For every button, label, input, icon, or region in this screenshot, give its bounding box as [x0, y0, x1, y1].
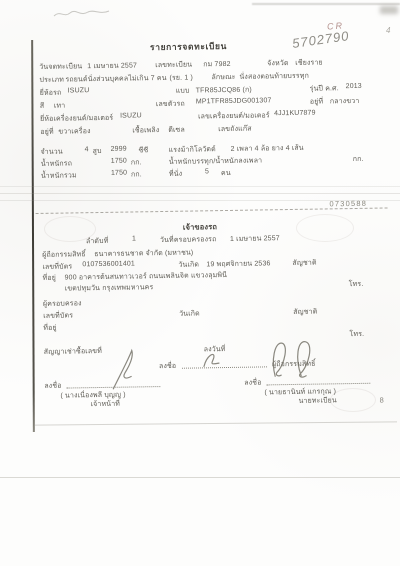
tel-label-2: โทร. — [349, 329, 364, 340]
holder-label: ผู้ถือกรรมสิทธิ์ — [42, 249, 86, 261]
load-unit: กก. — [353, 154, 364, 165]
model-label: แบบ — [176, 86, 190, 97]
address-label-2: ที่อยู่ — [43, 323, 57, 334]
birth-date-label-2: วันเกิด — [179, 308, 200, 319]
sign-label-holder: ลงชื่อ — [159, 361, 176, 372]
paper-fold-line — [0, 477, 400, 478]
engine-brand-label: ยี่ห้อเครื่องยนต์/มอเตอร์ — [40, 113, 113, 125]
style-value: นั่งสองตอนท้ายบรรทุก — [239, 71, 309, 83]
address-line2: เขตปทุมวัน กรุงเทพมหานคร — [65, 282, 154, 294]
power-label: แรงม้ากิโลวัตต์ — [169, 144, 216, 156]
cc-unit: ซีซี — [139, 145, 149, 156]
plate-value: กม 7982 — [203, 59, 231, 70]
chassis-label: เลขตัวรถ — [156, 99, 185, 110]
reg-date-label: วันจดทะเบียน — [39, 61, 82, 73]
weight-label: น้ำหนักรถ — [41, 158, 72, 169]
card-no-label-2: เลขที่บัตร — [43, 310, 73, 321]
cc-value: 2999 — [111, 146, 127, 153]
chassis-value: MP1TFR85JDG001307 — [196, 97, 272, 105]
hire-purchase-contract-label: สัญญาเช่าซื้อเลขที่ — [44, 346, 102, 358]
birth-date-label: วันเกิด — [178, 259, 199, 270]
cylinder-unit: สูบ — [93, 146, 102, 157]
officer-role: เจ้าหน้าที่ — [91, 399, 121, 410]
engine-pos-label: อยู่ที่ — [40, 127, 54, 138]
cylinder-count: 4 — [85, 146, 89, 153]
type-label: ประเภท — [39, 75, 64, 86]
load-label: น้ำหนักบรรทุก/น้ำหนักลงเพลา — [169, 155, 263, 167]
tel-label: โทร. — [349, 279, 364, 290]
weight-unit: กก. — [131, 157, 142, 168]
gas-tank-label: เลขถังแก๊ส — [218, 124, 252, 136]
scanned-registration-page: CR 5702790 4 รายการจดทะเบียน วันจดทะเบีย… — [0, 0, 400, 566]
seat-count: 5 — [205, 168, 209, 175]
holder-value: ธนาคารธนชาต จำกัด (มหาชน) — [94, 248, 193, 261]
province-value: เชียงราย — [295, 57, 323, 68]
chassis-pos-value: กลางขวา — [330, 96, 360, 107]
brand-value: ISUZU — [68, 87, 90, 94]
registrar-role: นายทะเบียน — [298, 395, 336, 407]
seat-unit: คน — [221, 168, 231, 179]
year-value: 2013 — [346, 83, 362, 90]
engine-no-value: 4JJ1KU7879 — [274, 110, 316, 118]
sign-label-officer: ลงชื่อ — [44, 381, 61, 392]
reg-date-value: 1 เมษายน 2557 — [87, 60, 137, 72]
sequence-value: 1 — [132, 235, 136, 242]
seat-label: ที่นั่ง — [169, 169, 182, 180]
registration-form: รายการจดทะเบียน วันจดทะเบียน 1 เมษายน 25… — [0, 0, 400, 441]
fuel-value: ดีเซล — [168, 125, 185, 136]
form-title: รายการจดทะเบียน — [150, 39, 227, 54]
plate-label: เลขทะเบียน — [155, 60, 192, 72]
weight-value: 1750 — [111, 158, 127, 165]
nationality-label-2: สัญชาติ — [293, 307, 317, 318]
chassis-pos-label: อยู่ที่ — [310, 96, 324, 107]
fuel-label: เชื้อเพลิง — [132, 125, 159, 136]
model-value: TFR85JCQ86 (ก) — [196, 85, 252, 97]
total-weight-unit: กก. — [131, 169, 142, 180]
engine-no-label: เลขเครื่องยนต์/มอเตอร์ — [198, 110, 270, 122]
page-number: 8 — [379, 396, 383, 405]
style-label: ลักษณะ — [211, 72, 235, 83]
holder-signature — [198, 349, 226, 369]
color-value: เทา — [54, 101, 66, 112]
total-weight-label: น้ำหนักรวม — [41, 170, 77, 182]
engine-brand-value: ISUZU — [120, 112, 142, 119]
color-label: สี — [40, 101, 45, 112]
brand-label: ยี่ห้อรถ — [40, 88, 62, 99]
engine-pos-value: ขวาเครื่อง — [58, 126, 90, 138]
cylinder-label: จำนวน — [41, 147, 63, 158]
total-weight-value: 1750 — [111, 170, 127, 177]
type-value: รถยนต์นั่งส่วนบุคคลไม่เกิน 7 คน — [65, 73, 166, 86]
registrar-signature — [265, 336, 318, 385]
possessor-label: ผู้ครอบครอง — [43, 298, 82, 310]
nationality-label: สัญชาติ — [292, 258, 316, 269]
card-no-label: เลขที่บัตร — [42, 261, 72, 272]
address-label: ที่อยู่ — [43, 273, 57, 284]
year-label: รุ่นปี ค.ศ. — [310, 83, 339, 94]
sequence-label: ลำดับที่ — [86, 236, 109, 247]
owner-section-header: เจ้าของรถ — [183, 221, 217, 234]
possession-date-label: วันที่ครอบครองรถ — [160, 234, 217, 246]
axle-tire-value: 2 เพลา 4 ล้อ ยาง 4 เส้น — [231, 143, 304, 155]
birth-date-value: 19 พฤศจิกายน 2536 — [206, 258, 270, 270]
type-code: (รย. 1 ) — [169, 73, 193, 84]
perforation-line — [36, 207, 388, 214]
sign-label-registrar: ลงชื่อ — [244, 377, 261, 388]
province-label: จังหวัด — [267, 58, 289, 69]
officer-signature — [105, 346, 150, 391]
card-no-value: 0107536001401 — [82, 260, 135, 268]
possession-date-value: 1 เมษายน 2557 — [230, 233, 280, 245]
